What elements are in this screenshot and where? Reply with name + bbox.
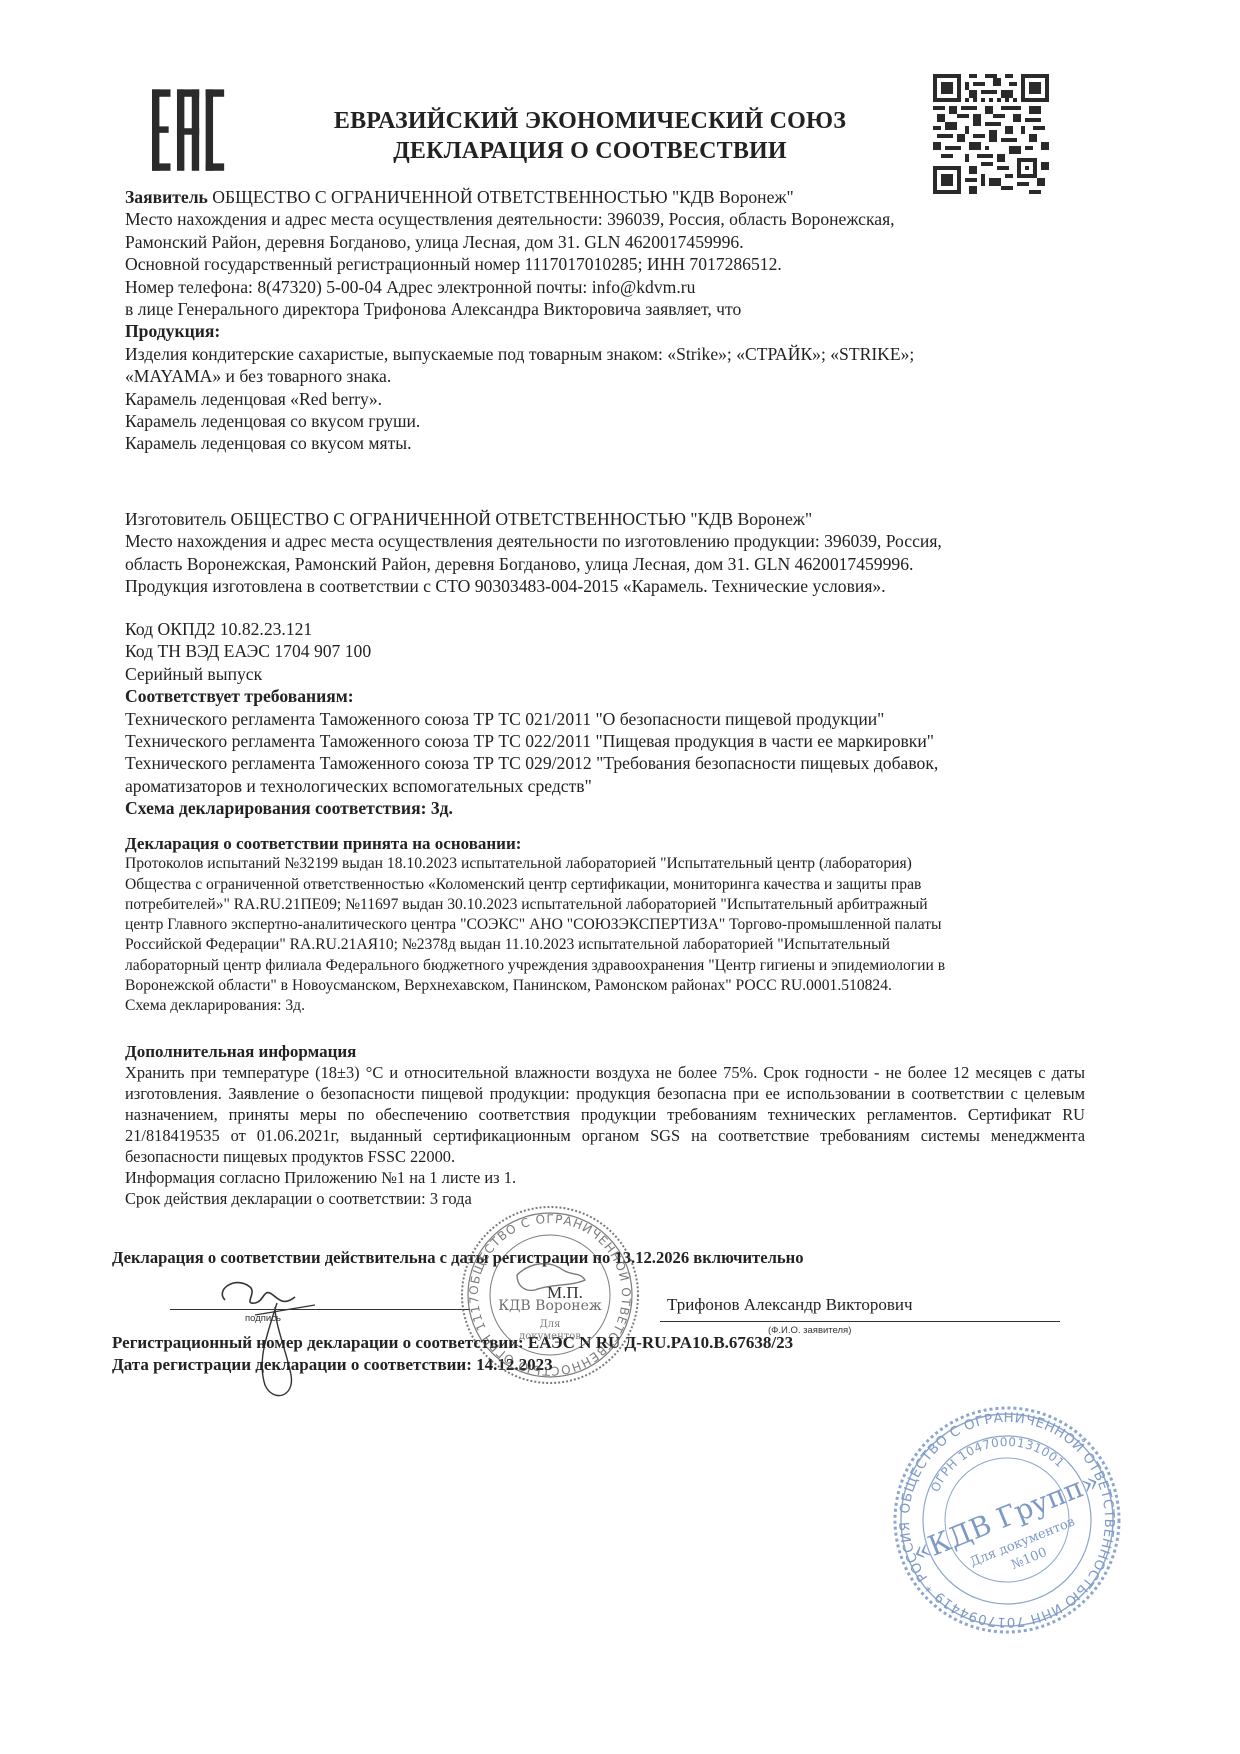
basis-line: Общества с ограниченной ответственностью… bbox=[125, 875, 945, 895]
manufacturer-label: Изготовитель bbox=[125, 509, 226, 529]
applicant-address-1: Место нахождения и адрес места осуществл… bbox=[125, 208, 914, 230]
requirement-line: Технического регламента Таможенного союз… bbox=[125, 730, 938, 752]
additional-info-section: Дополнительная информация Хранить при те… bbox=[125, 1042, 1085, 1209]
basis-line: Российской Федерации" RA.RU.21АЯ10; №237… bbox=[125, 935, 945, 955]
requirement-line: Технического регламента Таможенного союз… bbox=[125, 752, 938, 774]
registration-number: Регистрационный номер декларации о соотв… bbox=[112, 1332, 793, 1354]
applicant-address-2: Рамонский Район, деревня Богданово, улиц… bbox=[125, 231, 914, 253]
applicant-ogrn-inn: Основной государственный регистрационный… bbox=[125, 253, 914, 275]
svg-text:документов: документов bbox=[519, 1331, 581, 1342]
signer-name: Трифонов Александр Викторович bbox=[667, 1294, 913, 1316]
declaration-page: ЕВРАЗИЙСКИЙ ЭКОНОМИЧЕСКИЙ СОЮЗ ДЕКЛАРАЦИ… bbox=[0, 0, 1240, 1754]
applicant-label: Заявитель bbox=[125, 187, 208, 207]
product-line: Карамель леденцовая со вкусом мяты. bbox=[125, 432, 914, 454]
tnved-code: Код ТН ВЭД ЕАЭС 1704 907 100 bbox=[125, 640, 938, 662]
eac-mark-icon bbox=[152, 86, 226, 176]
registration-section: Регистрационный номер декларации о соотв… bbox=[112, 1332, 793, 1376]
document-title: ЕВРАЗИЙСКИЙ ЭКОНОМИЧЕСКИЙ СОЮЗ ДЕКЛАРАЦИ… bbox=[290, 106, 890, 166]
product-label: Продукция: bbox=[125, 320, 914, 342]
applicant-contacts: Номер телефона: 8(47320) 5-00-04 Адрес э… bbox=[125, 276, 914, 298]
requirement-line: Технического регламента Таможенного союз… bbox=[125, 708, 938, 730]
release-type: Серийный выпуск bbox=[125, 663, 938, 685]
eac-logo bbox=[152, 86, 226, 174]
basis-line: Схема декларирования: 3д. bbox=[125, 996, 945, 1016]
declaration-scheme: Схема декларирования соответствия: 3д. bbox=[125, 797, 938, 819]
okpd2-code: Код ОКПД2 10.82.23.121 bbox=[125, 618, 938, 640]
basis-line: Протоколов испытаний №32199 выдан 18.10.… bbox=[125, 854, 945, 874]
product-line: «MAYAMA» и без товарного знака. bbox=[125, 365, 914, 387]
additional-info-paragraph: Хранить при температуре (18±3) °С и отно… bbox=[125, 1062, 1085, 1167]
basis-line: центр Главного экспертно-аналитического … bbox=[125, 915, 945, 935]
manufacturer-name: ОБЩЕСТВО С ОГРАНИЧЕННОЙ ОТВЕТСТВЕННОСТЬЮ… bbox=[226, 509, 812, 529]
requirement-line: ароматизаторов и технологических вспомог… bbox=[125, 775, 938, 797]
applicant-name: ОБЩЕСТВО С ОГРАНИЧЕННОЙ ОТВЕТСТВЕННОСТЬЮ… bbox=[208, 187, 794, 207]
product-line: Карамель леденцовая «Red berry». bbox=[125, 388, 914, 410]
basis-line: лабораторный центр филиала Федерального … bbox=[125, 956, 945, 976]
additional-info-label: Дополнительная информация bbox=[125, 1042, 1085, 1062]
basis-line: потребителей»" RA.RU.21ПЕ09; №11697 выда… bbox=[125, 895, 945, 915]
appendix-info: Информация согласно Приложению №1 на 1 л… bbox=[125, 1167, 1085, 1188]
product-line: Карамель леденцовая со вкусом груши. bbox=[125, 410, 914, 432]
stamp-place-mark: М.П. bbox=[547, 1282, 583, 1304]
manufacturer-section: Изготовитель ОБЩЕСТВО С ОГРАНИЧЕННОЙ ОТВ… bbox=[125, 508, 942, 598]
svg-text:Для: Для bbox=[540, 1319, 561, 1330]
applicant-represented-by: в лице Генерального директора Трифонова … bbox=[125, 298, 914, 320]
title-declaration: ДЕКЛАРАЦИЯ О СООТВЕСТВИИ bbox=[290, 136, 890, 166]
product-line: Изделия кондитерские сахаристые, выпуска… bbox=[125, 343, 914, 365]
svg-text:ОБЩЕСТВО С ОГРАНИЧЕННОЙ ОТВЕТС: ОБЩЕСТВО С ОГРАНИЧЕННОЙ ОТВЕТСТВЕННОСТЬЮ… bbox=[455, 1200, 633, 1378]
basis-section: Декларация о соответствии принята на осн… bbox=[125, 834, 945, 1017]
manufacturer-address-1: Место нахождения и адрес места осуществл… bbox=[125, 530, 942, 552]
basis-label: Декларация о соответствии принята на осн… bbox=[125, 834, 945, 854]
registration-date: Дата регистрации декларации о соответств… bbox=[112, 1354, 793, 1376]
title-union: ЕВРАЗИЙСКИЙ ЭКОНОМИЧЕСКИЙ СОЮЗ bbox=[290, 106, 890, 136]
codes-requirements-section: Код ОКПД2 10.82.23.121 Код ТН ВЭД ЕАЭС 1… bbox=[125, 618, 938, 820]
qr-code-icon[interactable] bbox=[933, 74, 1049, 194]
requirements-label: Соответствует требованиям: bbox=[125, 685, 938, 707]
basis-line: Воронежской области" в Новоусманском, Ве… bbox=[125, 976, 945, 996]
manufacturer-address-2: область Воронежская, Рамонский Район, де… bbox=[125, 553, 942, 575]
kdv-group-seal-stamp: ОБЩЕСТВО С ОГРАНИЧЕННОЙ ОТВЕТСТВЕННОСТЬЮ… bbox=[885, 1400, 1130, 1640]
applicant-section: Заявитель ОБЩЕСТВО С ОГРАНИЧЕННОЙ ОТВЕТС… bbox=[125, 186, 914, 455]
manufacturer-standard: Продукция изготовлена в соответствии с С… bbox=[125, 575, 942, 597]
signer-name-line bbox=[660, 1321, 1060, 1322]
